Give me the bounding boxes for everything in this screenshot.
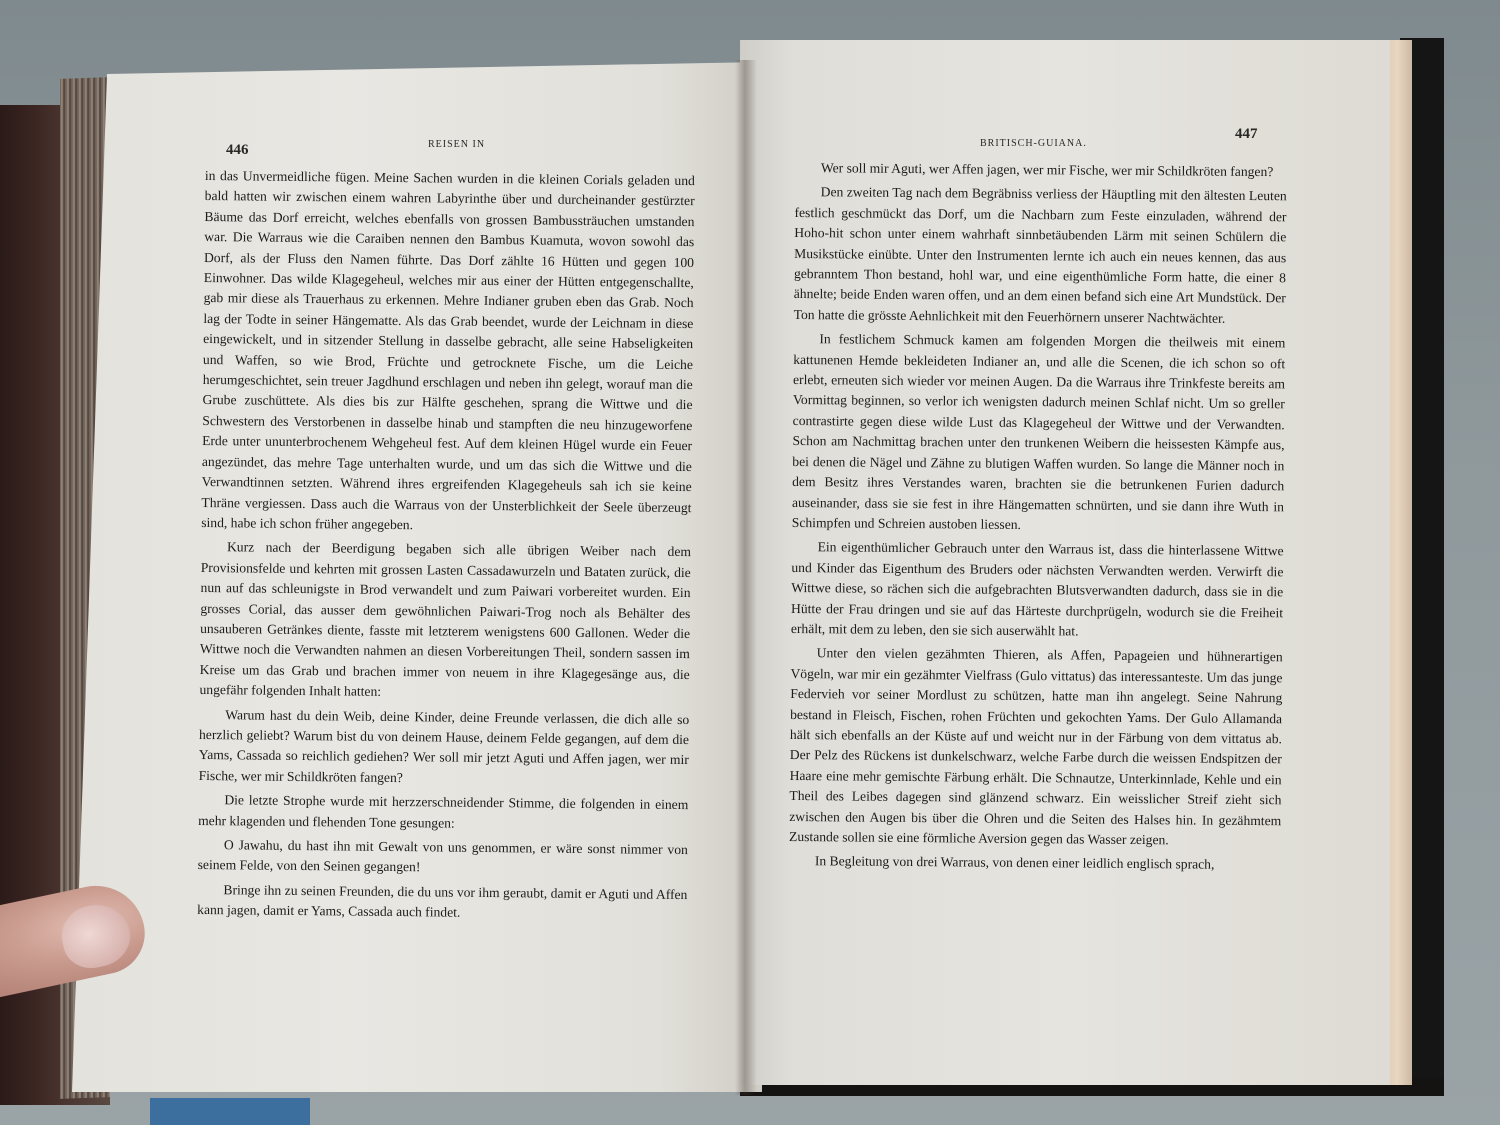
paragraph: in das Unvermeidliche fügen. Meine Sache… <box>201 166 695 538</box>
paragraph: In Begleitung von drei Warraus, von dene… <box>789 851 1281 876</box>
right-running-head: BRITISCH-GUIANA. <box>980 138 1087 149</box>
right-page-body: Wer soll mir Aguti, wer Affen jagen, wer… <box>789 158 1287 880</box>
paragraph: Ein eigenthümlicher Gebrauch unter den W… <box>791 537 1284 643</box>
left-page-body: in das Unvermeidliche fügen. Meine Sache… <box>197 166 695 930</box>
left-page-number: 446 <box>226 142 249 159</box>
paragraph: Wer soll mir Aguti, wer Affen jagen, wer… <box>795 158 1287 183</box>
blue-object <box>150 1098 310 1125</box>
paragraph: Den zweiten Tag nach dem Begräbniss verl… <box>794 182 1287 329</box>
paragraph: Kurz nach der Beerdigung begaben sich al… <box>199 537 691 705</box>
paragraph: In festlichem Schmuck kamen am folgenden… <box>792 329 1286 537</box>
book-gutter <box>735 60 757 1095</box>
paragraph: Warum hast du dein Weib, deine Kinder, d… <box>199 705 690 792</box>
paragraph: Die letzte Strophe wurde mit herzzerschn… <box>198 790 688 836</box>
photo-scene: 446 REISEN IN BRITISCH-GUIANA. 447 in da… <box>0 0 1500 1125</box>
paragraph: O Jawahu, du hast ihn mit Gewalt von uns… <box>198 835 688 881</box>
left-running-head: REISEN IN <box>428 139 485 150</box>
paragraph: Bringe ihn zu seinen Freunden, die du un… <box>197 880 687 926</box>
right-page-number: 447 <box>1235 126 1258 143</box>
paragraph: Unter den vielen gezähmten Thieren, als … <box>789 643 1283 851</box>
